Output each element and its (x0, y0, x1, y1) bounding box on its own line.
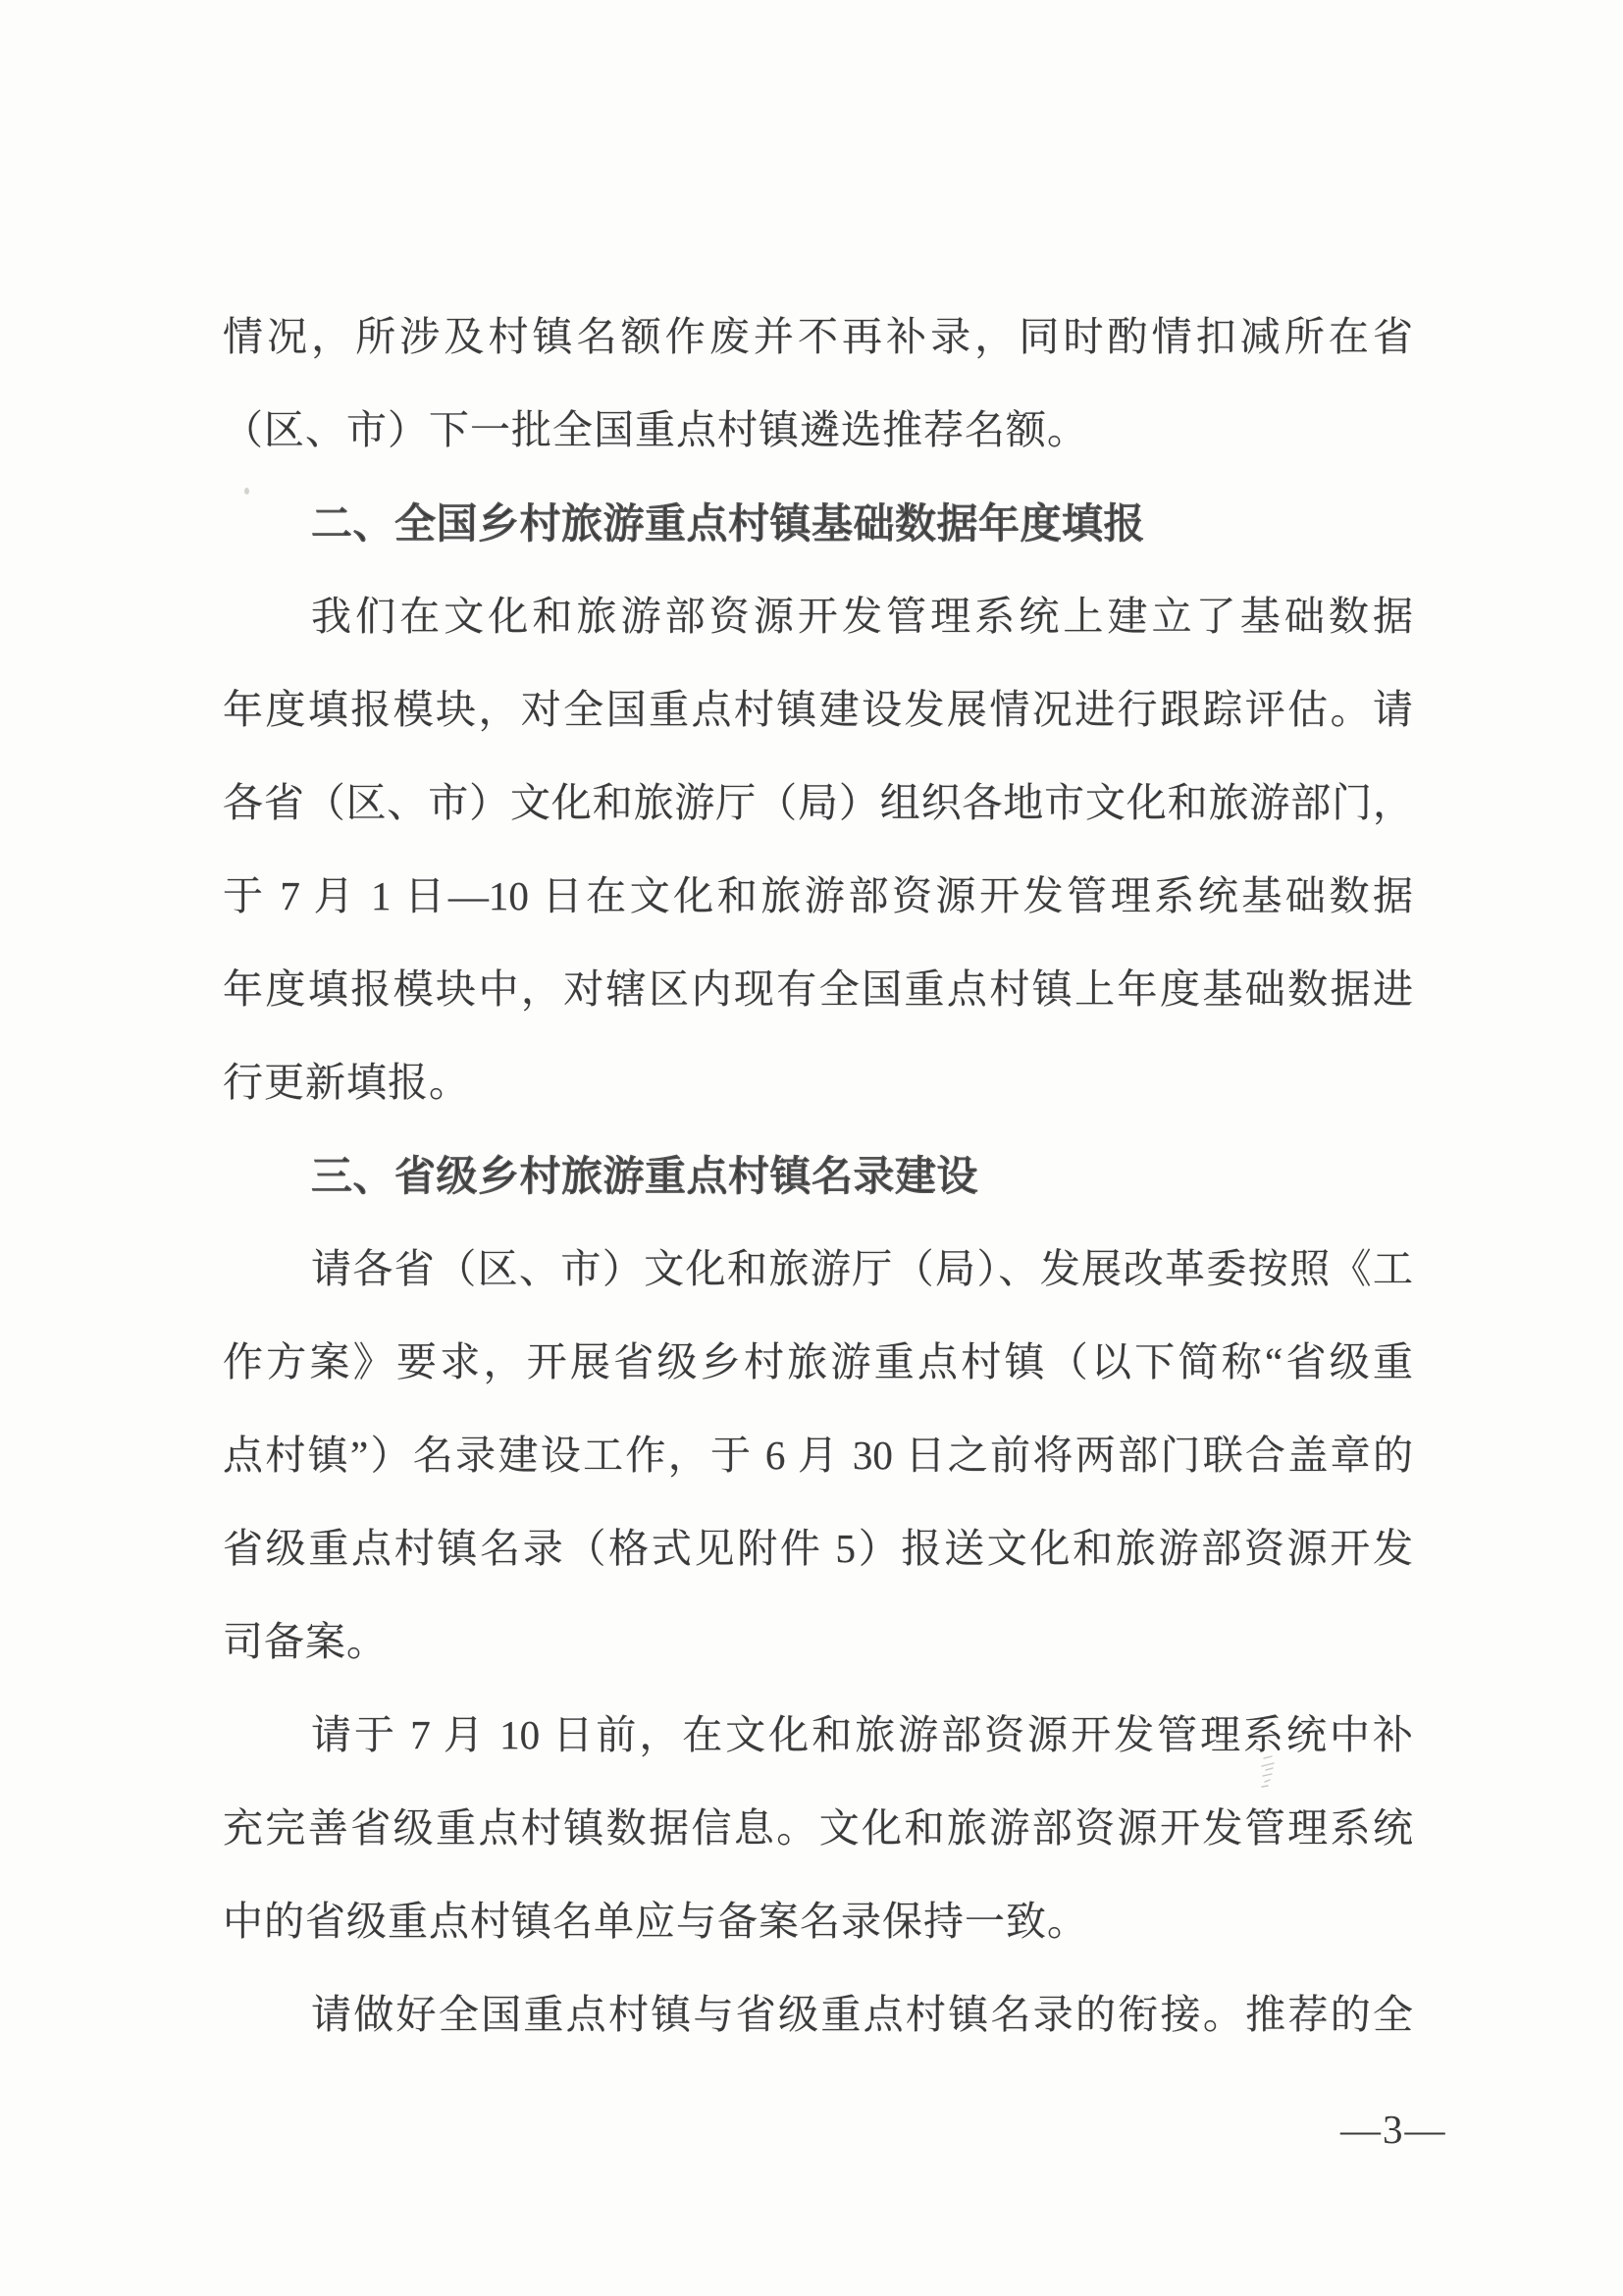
scan-speck-artifact (244, 488, 249, 495)
pencil-smudge-artifact (1258, 1754, 1282, 1790)
body-line: 情况，所涉及村镇名额作废并不再补录，同时酌情扣减所在省 (223, 290, 1413, 384)
page-number: —3— (1340, 2106, 1447, 2153)
body-line: 请做好全国重点村镇与省级重点村镇名录的衔接。推荐的全 (223, 1968, 1413, 2061)
body-line: 年度填报模块，对全国重点村镇建设发展情况进行跟踪评估。请 (223, 663, 1413, 757)
body-line: 行更新填报。 (223, 1036, 1413, 1129)
body-line: 充完善省级重点村镇数据信息。文化和旅游部资源开发管理系统 (223, 1782, 1413, 1875)
body-line: 点村镇”）名录建设工作，于 6 月 30 日之前将两部门联合盖章的 (223, 1409, 1413, 1502)
body-line: 司备案。 (223, 1595, 1413, 1689)
body-line: 于 7 月 1 日—10 日在文化和旅游部资源开发管理系统基础数据 (223, 850, 1413, 943)
body-line: （区、市）下一批全国重点村镇遴选推荐名额。 (223, 384, 1413, 477)
body-line: 中的省级重点村镇名单应与备案名录保持一致。 (223, 1875, 1413, 1968)
body-line: 省级重点村镇名录（格式见附件 5）报送文化和旅游部资源开发 (223, 1502, 1413, 1595)
document-page: 情况，所涉及村镇名额作废并不再补录，同时酌情扣减所在省 （区、市）下一批全国重点… (0, 0, 1623, 2296)
section-heading-3: 三、省级乡村旅游重点村镇名录建设 (223, 1129, 1413, 1223)
body-line: 年度填报模块中，对辖区内现有全国重点村镇上年度基础数据进 (223, 943, 1413, 1036)
body-line: 请各省（区、市）文化和旅游厅（局）、发展改革委按照《工 (223, 1223, 1413, 1316)
body-line: 各省（区、市）文化和旅游厅（局）组织各地市文化和旅游部门， (223, 757, 1413, 850)
body-line: 请于 7 月 10 日前，在文化和旅游部资源开发管理系统中补 (223, 1689, 1413, 1782)
body-line: 作方案》要求，开展省级乡村旅游重点村镇（以下简称“省级重 (223, 1316, 1413, 1409)
body-line: 我们在文化和旅游部资源开发管理系统上建立了基础数据 (223, 570, 1413, 663)
section-heading-2: 二、全国乡村旅游重点村镇基础数据年度填报 (223, 477, 1413, 570)
document-body: 情况，所涉及村镇名额作废并不再补录，同时酌情扣减所在省 （区、市）下一批全国重点… (223, 290, 1413, 2061)
